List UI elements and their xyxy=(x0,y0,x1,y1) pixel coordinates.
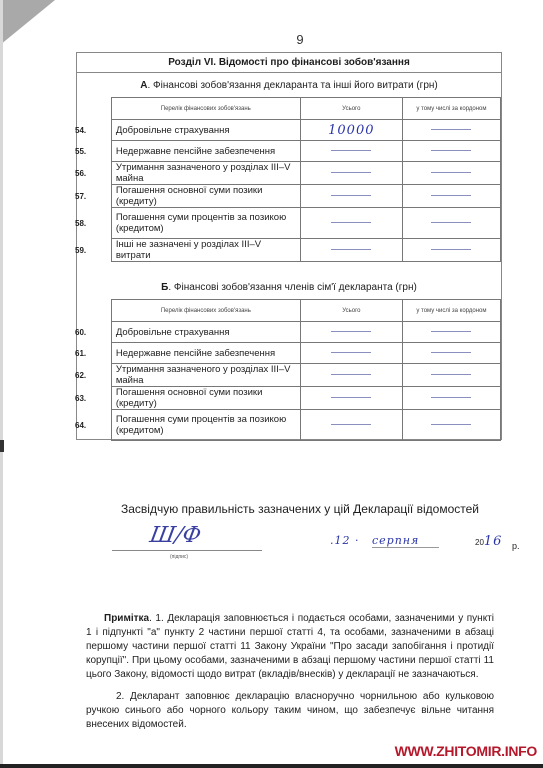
dash-mark xyxy=(431,172,471,173)
table-a: Перелік фінансових зобов'язань Усього у … xyxy=(97,97,501,262)
table-row: 60. Добровільне страхування xyxy=(97,322,501,343)
table-row: 56. Утримання зазначеного у розділах III… xyxy=(97,162,501,185)
handwritten-value: 10000 xyxy=(328,123,374,138)
dash-mark xyxy=(431,222,471,223)
dash-mark xyxy=(431,331,471,332)
binding-mark xyxy=(0,440,4,452)
dash-mark xyxy=(331,424,371,425)
date-year: 2016 xyxy=(475,534,502,549)
note-block: Примітка. 1. Декларація заповнюється і п… xyxy=(86,612,494,740)
date-day: .12 · xyxy=(330,534,360,547)
table-row: 62. Утримання зазначеного у розділах III… xyxy=(97,364,501,387)
dash-mark xyxy=(331,397,371,398)
subsection-b-title: Б. Фінансові зобов'язання членів сім'ї д… xyxy=(77,282,501,293)
dash-mark xyxy=(331,331,371,332)
date-suffix: р. xyxy=(512,541,520,551)
dash-mark xyxy=(331,172,371,173)
dash-mark xyxy=(431,249,471,250)
table-b: Перелік фінансових зобов'язань Усього у … xyxy=(97,299,501,441)
table-row: 64. Погашення суми процентів за позикою … xyxy=(97,410,501,441)
dash-mark xyxy=(431,424,471,425)
table-row: 61. Недержавне пенсійне забезпечення xyxy=(97,343,501,364)
table-row: 63. Погашення основної суми позики (кред… xyxy=(97,387,501,410)
section-vi-frame: Розділ VI. Відомості про фінансові зобов… xyxy=(76,52,502,440)
table-row: 59. Інші не зазначені у розділах III–V в… xyxy=(97,239,501,262)
dash-mark xyxy=(331,249,371,250)
dash-mark xyxy=(331,150,371,151)
table-header: Перелік фінансових зобов'язань Усього у … xyxy=(97,98,501,120)
subsection-a-title: А. Фінансові зобов'язання декларанта та … xyxy=(77,80,501,91)
note-paragraph-2: 2. Декларант заповнює декларацію власнор… xyxy=(86,690,494,732)
dash-mark xyxy=(431,397,471,398)
bottom-edge xyxy=(0,764,543,768)
signature-label: (підпис) xyxy=(170,554,188,560)
dash-mark xyxy=(331,222,371,223)
dash-mark xyxy=(331,352,371,353)
table-header: Перелік фінансових зобов'язань Усього у … xyxy=(97,300,501,322)
date-month: серпня xyxy=(372,534,439,548)
certification-text: Засвідчую правильність зазначених у цій … xyxy=(0,502,543,516)
dash-mark xyxy=(331,374,371,375)
watermark: WWW.ZHITOMIR.INFO xyxy=(395,743,537,759)
table-row: 57. Погашення основної суми позики (кред… xyxy=(97,185,501,208)
table-row: 58. Погашення суми процентів за позикою … xyxy=(97,208,501,239)
dash-mark xyxy=(431,352,471,353)
dash-mark xyxy=(431,374,471,375)
dash-mark xyxy=(431,150,471,151)
page-edge xyxy=(0,0,3,768)
table-row: 55. Недержавне пенсійне забезпечення xyxy=(97,141,501,162)
dash-mark xyxy=(431,129,471,130)
section-title: Розділ VI. Відомості про фінансові зобов… xyxy=(77,53,501,73)
signature: Ш/Ф xyxy=(148,523,203,548)
note-paragraph-1: Примітка. 1. Декларація заповнюється і п… xyxy=(86,612,494,682)
table-row: 54. Добровільне страхування 10000 xyxy=(97,120,501,141)
page-number: 9 xyxy=(0,32,543,47)
dash-mark xyxy=(331,195,371,196)
dash-mark xyxy=(431,195,471,196)
signature-line xyxy=(112,550,262,551)
